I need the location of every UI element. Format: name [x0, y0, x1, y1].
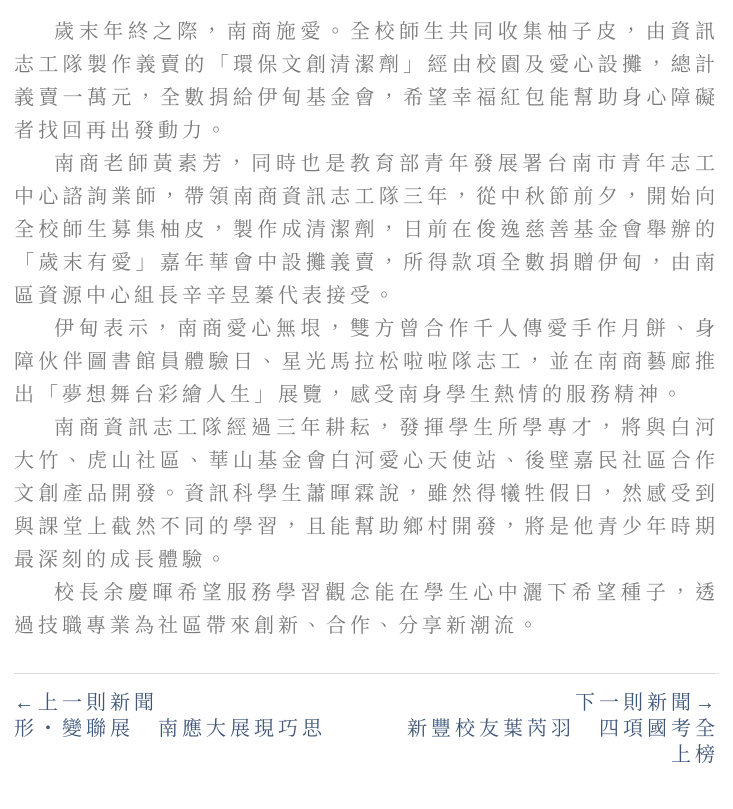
prev-news-block: ←上一則新聞 形・變聯展 南應大展現巧思: [14, 690, 326, 742]
divider: [14, 673, 719, 674]
left-arrow-icon: ←: [14, 692, 38, 714]
article-paragraph-2: 南商老師黃素芳，同時也是教育部青年發展署台南市青年志工中心諮詢業師，帶領南商資訊…: [14, 148, 719, 313]
news-article-page: 歲末年終之際，南商施愛。全校師生共同收集柚子皮，由資訊志工隊製作義賣的「環保文創…: [0, 0, 733, 809]
article-body: 歲末年終之際，南商施愛。全校師生共同收集柚子皮，由資訊志工隊製作義賣的「環保文創…: [14, 16, 719, 643]
article-paragraph-4: 南商資訊志工隊經過三年耕耘，發揮學生所學專才，將與白河大竹、虎山社區、華山基金會…: [14, 412, 719, 577]
next-news-label: 下一則新聞: [575, 692, 695, 714]
right-arrow-icon: →: [695, 692, 719, 714]
prev-news-link[interactable]: ←上一則新聞: [14, 690, 326, 716]
article-paragraph-5: 校長余慶暉希望服務學習觀念能在學生心中灑下希望種子，透過技職專業為社區帶來創新、…: [14, 577, 719, 643]
prev-news-title[interactable]: 形・變聯展 南應大展現巧思: [14, 716, 326, 742]
news-navigation: ←上一則新聞 形・變聯展 南應大展現巧思 下一則新聞→ 新豐校友葉芮羽 四項國考…: [14, 690, 719, 768]
prev-news-label: 上一則新聞: [38, 692, 158, 714]
article-paragraph-3: 伊甸表示，南商愛心無垠，雙方曾合作千人傳愛手作月餅、身障伙伴圖書館員體驗日、星光…: [14, 313, 719, 412]
next-news-link[interactable]: 下一則新聞→: [397, 690, 719, 716]
next-news-title[interactable]: 新豐校友葉芮羽 四項國考全上榜: [397, 716, 719, 768]
article-paragraph-1: 歲末年終之際，南商施愛。全校師生共同收集柚子皮，由資訊志工隊製作義賣的「環保文創…: [14, 16, 719, 148]
next-news-block: 下一則新聞→ 新豐校友葉芮羽 四項國考全上榜: [397, 690, 719, 768]
